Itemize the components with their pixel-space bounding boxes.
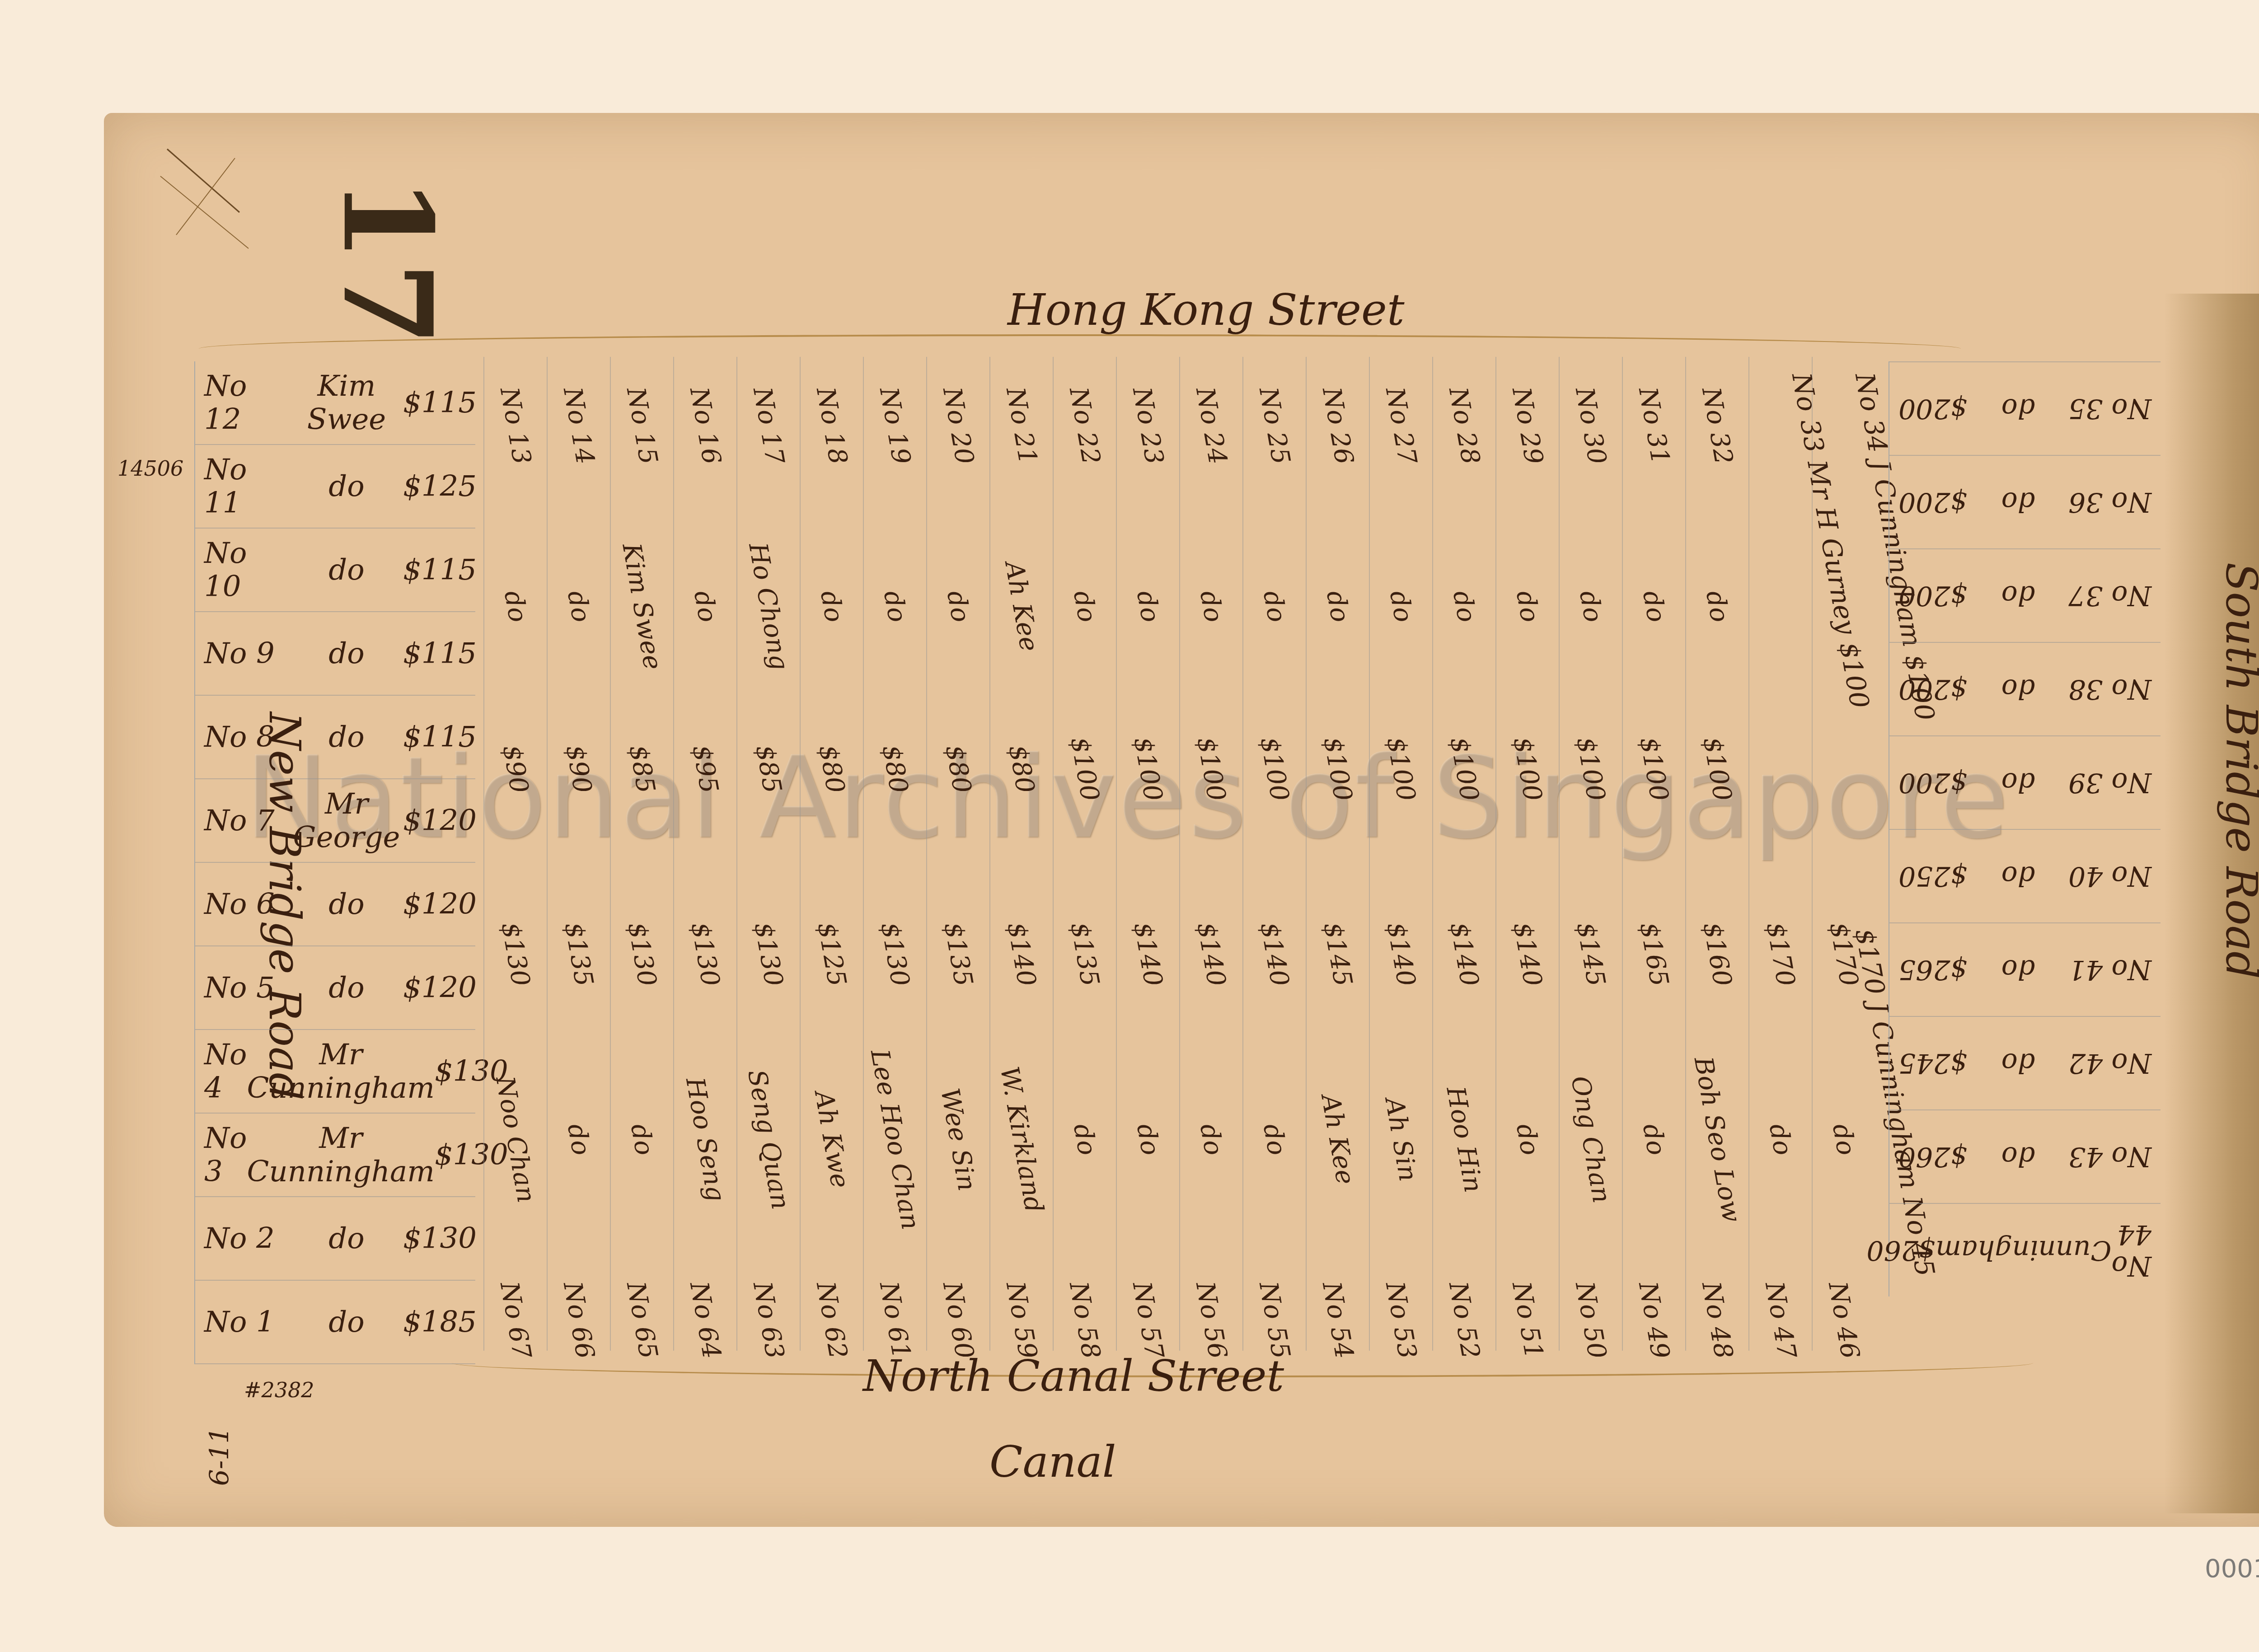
lot-number: No 23 bbox=[1127, 385, 1169, 466]
tenant-name: do bbox=[1510, 589, 1545, 625]
rent-value: $115 bbox=[403, 553, 475, 587]
lot-number: No 3 bbox=[195, 1122, 247, 1189]
rent-value: $130 bbox=[403, 1222, 475, 1255]
lot-row: No 44Cunningham$260 bbox=[1889, 1203, 2161, 1296]
tenant-name: do bbox=[290, 721, 403, 754]
lot-column: No 20do$80$135Wee SinNo 60 bbox=[926, 357, 989, 1351]
left-margin-number: 14506 bbox=[117, 456, 183, 481]
rent-value: $200 bbox=[1889, 674, 1975, 705]
lot-number: No 24 bbox=[1190, 385, 1233, 466]
lot-column: No 31do$100$165doNo 49 bbox=[1622, 357, 1685, 1351]
rent-value: $140 bbox=[1444, 920, 1485, 989]
tenant-name: do bbox=[562, 1122, 596, 1158]
lot-number: No 44 bbox=[2111, 1219, 2161, 1282]
lot-number: No 17 bbox=[747, 385, 790, 466]
rent-value: $260 bbox=[1889, 1141, 1975, 1173]
lot-number: No 18 bbox=[811, 385, 853, 466]
lot-row: No 8do$115 bbox=[195, 696, 475, 779]
tenant-name: Ho Chong bbox=[743, 541, 794, 673]
rent-value: $145 bbox=[1571, 920, 1611, 989]
tenant-name: do bbox=[1574, 589, 1608, 625]
lot-number: No 21 bbox=[1000, 385, 1043, 466]
lot-number: No 64 bbox=[684, 1279, 726, 1361]
tenant-name: do bbox=[625, 1122, 659, 1158]
bottom-left-reference: #2382 bbox=[244, 1378, 314, 1402]
rent-value: $100 bbox=[1191, 735, 1232, 804]
rent-value: $100 bbox=[1571, 735, 1611, 804]
lot-number: No 19 bbox=[874, 385, 916, 466]
tenant-name: do bbox=[1700, 589, 1734, 625]
rent-value: $90 bbox=[497, 743, 534, 796]
lot-row: No 2do$130 bbox=[195, 1197, 475, 1281]
rent-value: $85 bbox=[750, 743, 787, 796]
lot-row: No 40do$250 bbox=[1889, 829, 2161, 922]
street-label-south-bridge-road: South Bridge Road bbox=[2216, 562, 2259, 979]
lot-row: No 9do$115 bbox=[195, 612, 475, 696]
rent-value: $115 bbox=[403, 637, 475, 670]
catalog-number: 000157 bbox=[2205, 1554, 2259, 1583]
tenant-name: do bbox=[1827, 1122, 1861, 1158]
lot-number: No 67 bbox=[494, 1279, 537, 1361]
lot-row: No 11do$125 bbox=[195, 445, 475, 529]
tenant-name: Ong Chan bbox=[1565, 1074, 1616, 1205]
lot-number: No 59 bbox=[1000, 1279, 1043, 1361]
lot-row: No 35do$200 bbox=[1889, 361, 2161, 455]
lot-number: No 42 bbox=[2061, 1048, 2161, 1079]
lot-number: No 6 bbox=[195, 888, 290, 921]
lot-number: No 40 bbox=[2061, 861, 2161, 892]
lot-number: No 12 bbox=[195, 370, 290, 436]
rent-value: $265 bbox=[1889, 954, 1975, 986]
tenant-name: do bbox=[1637, 1122, 1671, 1158]
lot-number: No 43 bbox=[2061, 1141, 2161, 1173]
tenant-name: do bbox=[1975, 767, 2061, 799]
lot-row: No 43do$260 bbox=[1889, 1109, 2161, 1203]
lot-number: No 55 bbox=[1253, 1279, 1296, 1361]
tenant-name: do bbox=[878, 589, 912, 625]
lot-number: No 5 bbox=[195, 971, 290, 1005]
rent-value: $130 bbox=[496, 920, 536, 989]
lot-number: No 37 bbox=[2061, 580, 2161, 612]
lot-number: No 2 bbox=[195, 1222, 290, 1255]
lot-number: No 13 bbox=[494, 385, 537, 466]
tenant-name: Noo Chan bbox=[490, 1074, 541, 1205]
lot-row: No 6do$120 bbox=[195, 863, 475, 946]
tenant-name: Cunningham bbox=[1936, 1235, 2111, 1266]
lot-column: No 14do$90$135doNo 66 bbox=[547, 357, 610, 1351]
lot-number: No 1 bbox=[195, 1306, 290, 1339]
lot-number: No 38 bbox=[2061, 674, 2161, 705]
tenant-name: Ah Sin bbox=[1379, 1095, 1423, 1184]
rent-value: $200 bbox=[1889, 580, 1975, 612]
rent-value: $185 bbox=[403, 1306, 475, 1339]
tenant-name: Hoo Hin bbox=[1440, 1084, 1488, 1195]
rent-value: $115 bbox=[403, 386, 475, 420]
lot-row: No 4Mr Cunningham$130 bbox=[195, 1030, 475, 1114]
rent-value: $100 bbox=[1634, 735, 1674, 804]
cross-mark-icon bbox=[158, 145, 267, 253]
lot-row: No 38do$200 bbox=[1889, 642, 2161, 735]
lot-number: No 9 bbox=[195, 637, 290, 670]
lot-column: No 23do$100$140doNo 57 bbox=[1116, 357, 1179, 1351]
lot-number: No 11 bbox=[195, 453, 290, 520]
tenant-name: do bbox=[290, 888, 403, 921]
lot-number: No 27 bbox=[1380, 385, 1422, 466]
rent-value: $200 bbox=[1889, 393, 1975, 425]
lot-number: No 53 bbox=[1380, 1279, 1422, 1361]
lot-column: No 13do$90$130Noo ChanNo 67 bbox=[483, 357, 547, 1351]
rent-value: $145 bbox=[1318, 920, 1358, 989]
lot-number: No 29 bbox=[1506, 385, 1549, 466]
tenant-name: Hoo Seng bbox=[680, 1075, 731, 1204]
lot-number: No 51 bbox=[1506, 1279, 1549, 1361]
lot-row: No 12Kim Swee$115 bbox=[195, 361, 475, 445]
rent-value: $130 bbox=[875, 920, 915, 989]
tenant-name: do bbox=[941, 589, 975, 625]
tenant-name: Seng Quan bbox=[742, 1067, 795, 1212]
lot-row: No 1do$185 bbox=[195, 1281, 475, 1364]
street-label-canal: Canal bbox=[989, 1437, 1116, 1487]
tenant-name: do bbox=[1131, 1122, 1165, 1158]
tenant-name: do bbox=[1447, 589, 1481, 625]
tenant-name: do bbox=[815, 589, 849, 625]
rent-value: $100 bbox=[1255, 735, 1295, 804]
tenant-name: do bbox=[290, 637, 403, 670]
tenant-name: do bbox=[1321, 589, 1355, 625]
tenant-name: do bbox=[1975, 1048, 2061, 1079]
lot-column: No 29do$100$140doNo 51 bbox=[1495, 357, 1559, 1351]
rent-value: $100 bbox=[1508, 735, 1548, 804]
lot-column: No 21Ah Kee$80$140W. KirklandNo 59 bbox=[989, 357, 1053, 1351]
tenant-name: Ah Kwe bbox=[809, 1089, 855, 1190]
tenant-name: do bbox=[1510, 1122, 1545, 1158]
tenant-name: W. Kirkland bbox=[994, 1064, 1049, 1215]
tenant-name: do bbox=[1194, 589, 1228, 625]
rent-value: $95 bbox=[687, 743, 724, 796]
bottom-left-mark: 6-11 bbox=[204, 1427, 234, 1486]
lot-number: No 65 bbox=[621, 1279, 663, 1361]
tenant-name: do bbox=[1384, 589, 1418, 625]
rent-value: $100 bbox=[1318, 735, 1358, 804]
tenant-name: Mr Cunningham bbox=[247, 1122, 435, 1189]
lot-column: No 32do$100$160Boh Seo LowNo 48 bbox=[1685, 357, 1748, 1351]
rent-value: $140 bbox=[1128, 920, 1168, 989]
lot-number: No 28 bbox=[1443, 385, 1486, 466]
tenant-name: Kim Swee bbox=[290, 370, 403, 436]
lot-row: No 41do$265 bbox=[1889, 922, 2161, 1016]
lot-number: No 4 bbox=[195, 1038, 247, 1105]
rent-value: $100 bbox=[1065, 735, 1105, 804]
lot-number: No 58 bbox=[1064, 1279, 1106, 1361]
lot-column: No 17Ho Chong$85$130Seng QuanNo 63 bbox=[736, 357, 800, 1351]
rent-value: $120 bbox=[403, 804, 475, 838]
tenant-name: do bbox=[290, 470, 403, 503]
lot-number: No 46 bbox=[1823, 1279, 1865, 1361]
tenant-name: do bbox=[688, 589, 722, 625]
lot-column: No 27do$100$140Ah SinNo 53 bbox=[1369, 357, 1432, 1351]
lot-row: No 7Mr George$120 bbox=[195, 779, 475, 863]
rent-value: $140 bbox=[1255, 920, 1295, 989]
tenant-name: Ah Kee bbox=[999, 559, 1044, 654]
lot-row: No 42do$245 bbox=[1889, 1016, 2161, 1109]
right-lot-block: No 35do$200 No 36do$200 No 37do$200 No 3… bbox=[1889, 361, 2161, 1296]
tenant-name: do bbox=[1763, 1122, 1798, 1158]
rent-value: $80 bbox=[876, 743, 914, 796]
tenant-name: do bbox=[1637, 589, 1671, 625]
lot-column: No 25do$100$140doNo 55 bbox=[1242, 357, 1306, 1351]
lot-number: No 36 bbox=[2061, 487, 2161, 518]
rent-value: $170 bbox=[1761, 920, 1801, 989]
tenant-name: do bbox=[1257, 589, 1292, 625]
lot-number: No 61 bbox=[874, 1279, 916, 1361]
rent-value: $245 bbox=[1889, 1048, 1975, 1079]
lot-number: No 22 bbox=[1064, 385, 1106, 466]
vertical-lot-columns: No 13do$90$130Noo ChanNo 67No 14do$90$13… bbox=[483, 357, 1875, 1351]
rent-value: $140 bbox=[1002, 920, 1042, 989]
lot-number: No 54 bbox=[1317, 1279, 1359, 1361]
rent-value: $130 bbox=[749, 920, 789, 989]
tenant-name: do bbox=[290, 971, 403, 1005]
rent-value: $165 bbox=[1634, 920, 1674, 989]
tenant-name: Boh Seo Low bbox=[1688, 1054, 1746, 1224]
rent-value: $90 bbox=[560, 743, 598, 796]
tenant-name: do bbox=[290, 1222, 403, 1255]
rent-value: $125 bbox=[403, 470, 475, 503]
tenant-name: do bbox=[1975, 861, 2061, 892]
lot-column: No 30do$100$145Ong ChanNo 50 bbox=[1559, 357, 1622, 1351]
lot-row: No 36do$200 bbox=[1889, 455, 2161, 548]
stencil-number: 17 bbox=[316, 177, 459, 346]
lot-number: No 35 bbox=[2061, 393, 2161, 425]
rent-value: $120 bbox=[403, 971, 475, 1005]
lot-number: No 62 bbox=[811, 1279, 853, 1361]
lot-row: No 39do$200 bbox=[1889, 735, 2161, 829]
rent-value: $135 bbox=[559, 920, 599, 989]
tenant-name: do bbox=[290, 553, 403, 587]
lot-number: No 50 bbox=[1570, 1279, 1612, 1361]
tenant-name: do bbox=[1975, 487, 2061, 518]
lot-number: No 20 bbox=[937, 385, 980, 466]
tenant-name: Ah Kee bbox=[1316, 1092, 1360, 1187]
lot-number: No 66 bbox=[558, 1279, 600, 1361]
lot-column: No 15Kim Swee$85$130doNo 65 bbox=[610, 357, 673, 1351]
tenant-name: do bbox=[498, 589, 533, 625]
lot-number: No 60 bbox=[937, 1279, 980, 1361]
lot-number: No 26 bbox=[1317, 385, 1359, 466]
lot-number: No 52 bbox=[1443, 1279, 1486, 1361]
lot-number: No 57 bbox=[1127, 1279, 1169, 1361]
tenant-name: do bbox=[1975, 954, 2061, 986]
lot-number: No 31 bbox=[1633, 385, 1675, 466]
rent-value: $125 bbox=[812, 920, 852, 989]
lot-number: No 56 bbox=[1190, 1279, 1233, 1361]
rent-value: $140 bbox=[1191, 920, 1232, 989]
lot-column: No 16do$95$130Hoo SengNo 64 bbox=[673, 357, 736, 1351]
tenant-name: do bbox=[1068, 1122, 1102, 1158]
lot-column: No 24do$100$140doNo 56 bbox=[1179, 357, 1242, 1351]
tenant-name: Lee Hoo Chan bbox=[865, 1047, 925, 1232]
tenant-name: do bbox=[1975, 393, 2061, 425]
rent-value: $135 bbox=[938, 920, 979, 989]
tenant-name: Mr George bbox=[290, 787, 403, 854]
street-label-hong-kong-street: Hong Kong Street bbox=[1008, 285, 1404, 335]
rent-value: $120 bbox=[403, 888, 475, 921]
rent-value: $250 bbox=[1889, 861, 1975, 892]
tenant-name: do bbox=[1975, 1141, 2061, 1173]
lot-row: No 3Mr Cunningham$130 bbox=[195, 1114, 475, 1197]
tenant-name: Kim Swee bbox=[616, 541, 667, 672]
rent-value: $130 bbox=[685, 920, 726, 989]
tenant-name: do bbox=[562, 589, 596, 625]
tenant-name: Wee Sin bbox=[935, 1086, 982, 1193]
rent-value: $100 bbox=[1128, 735, 1168, 804]
left-lot-block: No 12Kim Swee$115 No 11do$125 No 10do$11… bbox=[194, 361, 475, 1364]
rent-value: $100 bbox=[1444, 735, 1485, 804]
rent-value: $200 bbox=[1889, 767, 1975, 799]
lot-number: No 16 bbox=[684, 385, 726, 466]
rent-value: $80 bbox=[940, 743, 977, 796]
lot-number: No 48 bbox=[1696, 1279, 1739, 1361]
lot-column: No 22do$100$135doNo 58 bbox=[1053, 357, 1116, 1351]
rent-value: $160 bbox=[1697, 920, 1738, 989]
rent-value: $135 bbox=[1065, 920, 1105, 989]
rent-value: $130 bbox=[622, 920, 662, 989]
tenant-name: do bbox=[1257, 1122, 1292, 1158]
tenant-name: do bbox=[1975, 580, 2061, 612]
lot-number: No 7 bbox=[195, 804, 290, 838]
rent-value: $80 bbox=[1003, 743, 1040, 796]
rent-value: $140 bbox=[1508, 920, 1548, 989]
rent-value: $200 bbox=[1889, 487, 1975, 518]
street-label-north-canal-street: North Canal Street bbox=[863, 1351, 1284, 1401]
rent-value: $100 bbox=[1381, 735, 1421, 804]
rent-value: $80 bbox=[813, 743, 851, 796]
lot-number: No 8 bbox=[195, 721, 290, 754]
tenant-name: do bbox=[1194, 1122, 1228, 1158]
lot-number: No 32 bbox=[1696, 385, 1739, 466]
tenant-name: do bbox=[290, 1306, 403, 1339]
lot-column: No 26do$100$145Ah KeeNo 54 bbox=[1306, 357, 1369, 1351]
lot-column: No 28do$100$140Hoo HinNo 52 bbox=[1432, 357, 1495, 1351]
tenant-name: do bbox=[1975, 674, 2061, 705]
lot-row: No 37do$200 bbox=[1889, 548, 2161, 642]
lot-row: No 10do$115 bbox=[195, 529, 475, 612]
lot-number: No 41 bbox=[2061, 954, 2161, 986]
lot-number: No 63 bbox=[747, 1279, 790, 1361]
lot-number: No 25 bbox=[1253, 385, 1296, 466]
lot-column: No 18do$80$125Ah KweNo 62 bbox=[800, 357, 863, 1351]
rent-value: $260 bbox=[1857, 1235, 1936, 1266]
rent-value: $115 bbox=[403, 721, 475, 754]
lot-number: No 15 bbox=[621, 385, 663, 466]
lot-number: No 14 bbox=[558, 385, 600, 466]
rent-value: $85 bbox=[623, 743, 661, 796]
lot-row: No 5do$120 bbox=[195, 946, 475, 1030]
lot-column: $170doNo 47 bbox=[1748, 357, 1812, 1351]
lot-number: No 47 bbox=[1759, 1279, 1802, 1361]
tenant-name: Mr Cunningham bbox=[247, 1038, 435, 1105]
lot-number: No 49 bbox=[1633, 1279, 1675, 1361]
lot-number: No 39 bbox=[2061, 767, 2161, 799]
tenant-name: do bbox=[1068, 589, 1102, 625]
lot-column: No 19do$80$130Lee Hoo ChanNo 61 bbox=[863, 357, 926, 1351]
lot-number: No 30 bbox=[1570, 385, 1612, 466]
tenant-name: do bbox=[1131, 589, 1165, 625]
rent-value: $140 bbox=[1381, 920, 1421, 989]
rent-value: $100 bbox=[1697, 735, 1738, 804]
lot-number: No 10 bbox=[195, 537, 290, 604]
